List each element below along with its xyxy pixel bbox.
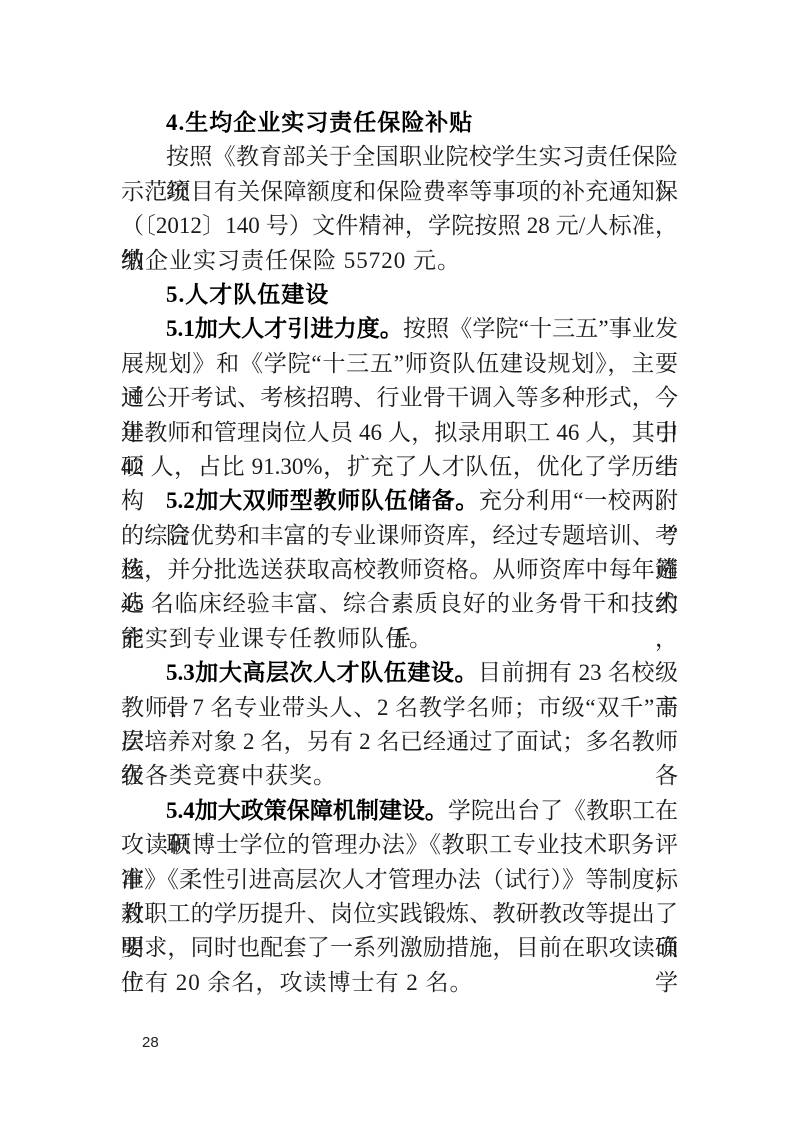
document-body: 4.生均企业实习责任保险补贴按照《教育部关于全国职业院校学生实习责任保险统保示范… (121, 106, 678, 1000)
document-page: 4.生均企业实习责任保险补贴按照《教育部关于全国职业院校学生实习责任保险统保示范… (0, 0, 793, 1122)
subsection-lead: 5.3加大高层次人才队伍建设。 (166, 660, 478, 685)
text-line: （〔2012〕140 号）文件精神，学院按照 28 元/人标准，缴 (121, 209, 678, 243)
text-line: 选，并分批选送获取高校教师资格。从师资库中每年遴选约 (121, 553, 678, 587)
text-line: 准》《柔性引进高层次人才管理办法（试行）》等制度，对 (121, 863, 678, 897)
text-line: 45 名临床经验丰富、综合素质良好的业务骨干和技术能手， (121, 587, 678, 621)
text-line: 攻读硕博士学位的管理办法》《教职工专业技术职务评审标 (121, 828, 678, 862)
text-line: 按照《教育部关于全国职业院校学生实习责任保险统保 (121, 140, 678, 174)
section-heading: 4.生均企业实习责任保险补贴 (121, 106, 678, 140)
subsection-lead: 5.4加大政策保障机制建设。 (166, 798, 448, 823)
text-line: 示范项目有关保障额度和保险费率等事项的补充通知》 (121, 175, 678, 209)
page-number: 28 (142, 1034, 159, 1051)
subsection-lead: 5.1加大人才引进力度。 (166, 316, 403, 341)
text-line: 进教师和管理岗位人员 46 人，拟录用职工 46 人，其中硕士 (121, 416, 678, 450)
section-heading: 5.人才队伍建设 (121, 278, 678, 312)
subsection-lead: 5.2加大双师型教师队伍储备。 (166, 488, 479, 513)
text-line: 教职工的学历提升、岗位实践锻炼、教研教改等提出了明确 (121, 897, 678, 931)
text-line: 的综合优势和丰富的专业课师资库，经过专题培训、考核筛 (121, 519, 678, 553)
text-line: 纳企业实习责任保险 55720 元。 (121, 244, 678, 278)
text-line: 5.4加大政策保障机制建设。学院出台了《教职工在职 (121, 794, 678, 828)
text-line: 5.1加大人才引进力度。按照《学院“十三五”事业发 (121, 312, 678, 346)
text-line: 展规划》和《学院“十三五”师资队伍建设规划》，主要通 (121, 347, 678, 381)
text-line: 教师、7 名专业带头人、2 名教学名师；市级“双千”高层 (121, 691, 678, 725)
line-text: 按照《学院“十三五”事业发 (403, 316, 678, 341)
text-line: 5.3加大高层次人才队伍建设。目前拥有 23 名校级骨干 (121, 656, 678, 690)
text-line: 过公开考试、考核招聘、行业骨干调入等多种形式，今年引 (121, 381, 678, 415)
text-line: 要求，同时也配套了一系列激励措施，目前在职攻读硕士学 (121, 931, 678, 965)
text-line: 5.2加大双师型教师队伍储备。充分利用“一校两附院” (121, 484, 678, 518)
text-line: 次培养对象 2 名，另有 2 名已经通过了面试；多名教师在各 (121, 725, 678, 759)
text-line: 42 人，占比 91.30%，扩充了人才队伍，优化了学历结构。 (121, 450, 678, 484)
